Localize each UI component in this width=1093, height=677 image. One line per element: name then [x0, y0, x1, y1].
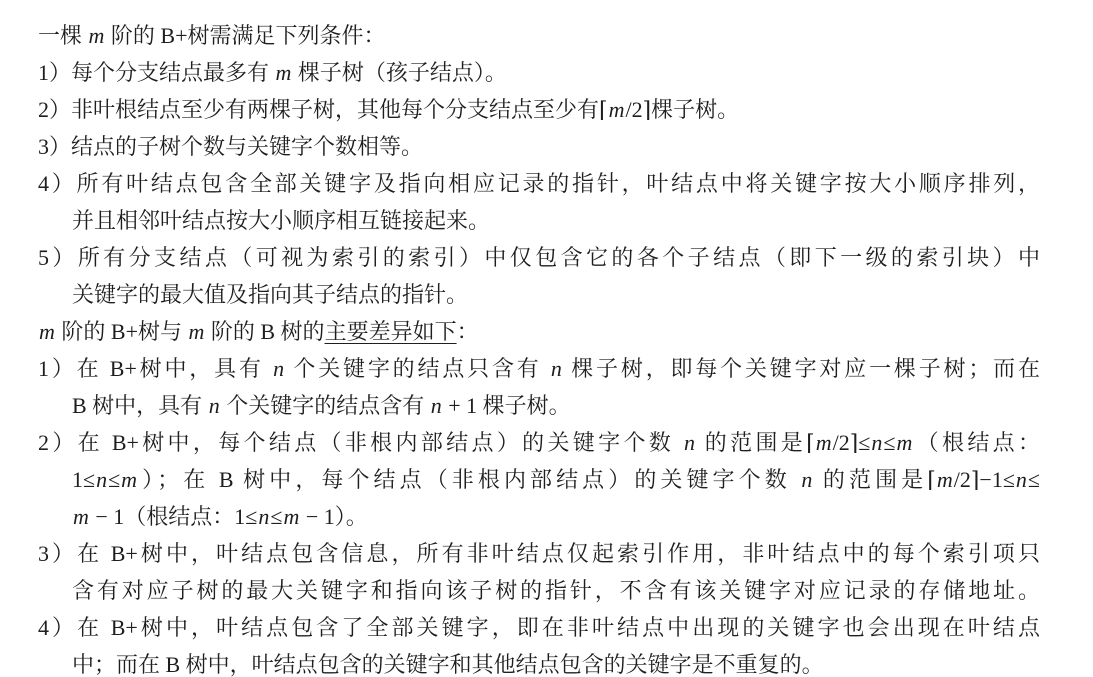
text-segment: 个关键字的结点只含有: [285, 356, 550, 381]
text-segment: 3）在 B+树中，叶结点包含信息，所有非叶结点仅起索引作用，非叶结点中的每个索引…: [38, 541, 1040, 566]
emphasized-text: 主要差异如下: [325, 319, 457, 344]
text-segment: − 1（根结点：1≤: [90, 504, 257, 529]
math-variable: n: [272, 356, 285, 381]
text-segment: ≤: [108, 467, 120, 492]
text-segment: ：: [457, 319, 479, 344]
text-line: 4）所有叶结点包含全部关键字及指向相应记录的指针，叶结点中将关键字按大小顺序排列…: [38, 165, 1040, 202]
text-line: 4）在 B+树中，叶结点包含了全部关键字，即在非叶结点中出现的关键字也会出现在叶…: [38, 609, 1040, 646]
math-variable: n: [95, 467, 108, 492]
text-segment: 棵子树（孩子结点）。: [292, 60, 507, 85]
text-segment: ≤: [1028, 467, 1040, 492]
math-variable: m: [120, 467, 138, 492]
text-segment: /2⌉≤: [833, 430, 871, 455]
text-segment: /2⌉−1≤: [954, 467, 1015, 492]
math-variable: n: [800, 467, 813, 492]
text-segment: 含有对应子树的最大关键字和指向该子树的指针，不含有该关键字对应记录的存储地址。: [72, 578, 1040, 603]
math-variable: m: [88, 23, 106, 48]
text-line: 含有对应子树的最大关键字和指向该子树的指针，不含有该关键字对应记录的存储地址。: [38, 572, 1040, 609]
math-variable: m: [282, 504, 300, 529]
math-variable: m: [895, 430, 913, 455]
text-line: 2）在 B+树中，每个结点（非根内部结点）的关键字个数 n 的范围是⌈m/2⌉≤…: [38, 424, 1040, 461]
text-line: 1）在 B+树中，具有 n 个关键字的结点只含有 n 棵子树，即每个关键字对应一…: [38, 350, 1040, 387]
text-line: 1≤n≤m）；在 B 树中，每个结点（非根内部结点）的关键字个数 n 的范围是⌈…: [38, 461, 1040, 498]
math-variable: m: [608, 97, 626, 122]
text-segment: 3）结点的子树个数与关键字个数相等。: [38, 134, 423, 159]
text-segment: 阶的 B+树需满足下列条件：: [105, 23, 385, 48]
text-line: 3）在 B+树中，叶结点包含信息，所有非叶结点仅起索引作用，非叶结点中的每个索引…: [38, 535, 1040, 572]
text-line: 并且相邻叶结点按大小顺序相互链接起来。: [38, 202, 1040, 239]
text-segment: 阶的 B 树的: [205, 319, 324, 344]
text-segment: + 1 棵子树。: [443, 393, 571, 418]
math-variable: n: [208, 393, 221, 418]
text-segment: 4）在 B+树中，叶结点包含了全部关键字，即在非叶结点中出现的关键字也会出现在叶…: [38, 615, 1040, 640]
text-segment: 中；而在 B 树中，叶结点包含的关键字和其他结点包含的关键字是不重复的。: [72, 652, 824, 677]
text-line: 中；而在 B 树中，叶结点包含的关键字和其他结点包含的关键字是不重复的。: [38, 646, 1040, 677]
text-segment: 1≤: [72, 467, 95, 492]
text-segment: （根结点：: [913, 430, 1040, 455]
text-segment: B 树中，具有: [72, 393, 208, 418]
math-variable: n: [257, 504, 270, 529]
text-line: 3）结点的子树个数与关键字个数相等。: [38, 128, 1040, 165]
text-segment: − 1）。: [300, 504, 367, 529]
text-segment: 并且相邻叶结点按大小顺序相互链接起来。: [72, 208, 490, 233]
math-variable: m: [815, 430, 833, 455]
math-variable: m: [38, 319, 56, 344]
text-line: B 树中，具有 n 个关键字的结点含有 n + 1 棵子树。: [38, 387, 1040, 424]
text-segment: 1）在 B+树中，具有: [38, 356, 272, 381]
document-page: 一棵 m 阶的 B+树需满足下列条件：1）每个分支结点最多有 m 棵子树（孩子结…: [38, 17, 1040, 677]
text-segment: /2⌉棵子树。: [625, 97, 739, 122]
math-variable: n: [550, 356, 563, 381]
text-line: 关键字的最大值及指向其子结点的指针。: [38, 276, 1040, 313]
math-variable: n: [1015, 467, 1028, 492]
math-variable: m: [275, 60, 293, 85]
math-variable: n: [430, 393, 443, 418]
text-segment: 1）每个分支结点最多有: [38, 60, 275, 85]
text-segment: 的范围是⌈: [696, 430, 815, 455]
text-segment: 2）在 B+树中，每个结点（非根内部结点）的关键字个数: [38, 430, 683, 455]
math-variable: n: [683, 430, 696, 455]
text-segment: ≤: [270, 504, 282, 529]
text-segment: 一棵: [38, 23, 88, 48]
text-line: 一棵 m 阶的 B+树需满足下列条件：: [38, 17, 1040, 54]
math-variable: m: [187, 319, 205, 344]
text-segment: 4）所有叶结点包含全部关键字及指向相应记录的指针，叶结点中将关键字按大小顺序排列…: [38, 171, 1040, 196]
text-segment: 阶的 B+树与: [56, 319, 188, 344]
text-segment: 棵子树，即每个关键字对应一棵子树；而在: [563, 356, 1040, 381]
text-line: m 阶的 B+树与 m 阶的 B 树的主要差异如下：: [38, 313, 1040, 350]
text-segment: 个关键字的结点含有: [221, 393, 430, 418]
math-variable: m: [72, 504, 90, 529]
math-variable: n: [870, 430, 883, 455]
text-line: 2）非叶根结点至少有两棵子树，其他每个分支结点至少有⌈m/2⌉棵子树。: [38, 91, 1040, 128]
text-line: m − 1（根结点：1≤n≤m − 1）。: [38, 498, 1040, 535]
text-segment: 的范围是⌈: [813, 467, 935, 492]
text-line: 1）每个分支结点最多有 m 棵子树（孩子结点）。: [38, 54, 1040, 91]
text-segment: ）；在 B 树中，每个结点（非根内部结点）的关键字个数: [138, 467, 800, 492]
text-line: 5）所有分支结点（可视为索引的索引）中仅包含它的各个子结点（即下一级的索引块）中: [38, 239, 1040, 276]
text-segment: ≤: [883, 430, 895, 455]
text-segment: 5）所有分支结点（可视为索引的索引）中仅包含它的各个子结点（即下一级的索引块）中: [38, 245, 1040, 270]
document-lines: 一棵 m 阶的 B+树需满足下列条件：1）每个分支结点最多有 m 棵子树（孩子结…: [38, 17, 1040, 677]
text-segment: 2）非叶根结点至少有两棵子树，其他每个分支结点至少有⌈: [38, 97, 608, 122]
text-segment: 关键字的最大值及指向其子结点的指针。: [72, 282, 468, 307]
math-variable: m: [936, 467, 954, 492]
